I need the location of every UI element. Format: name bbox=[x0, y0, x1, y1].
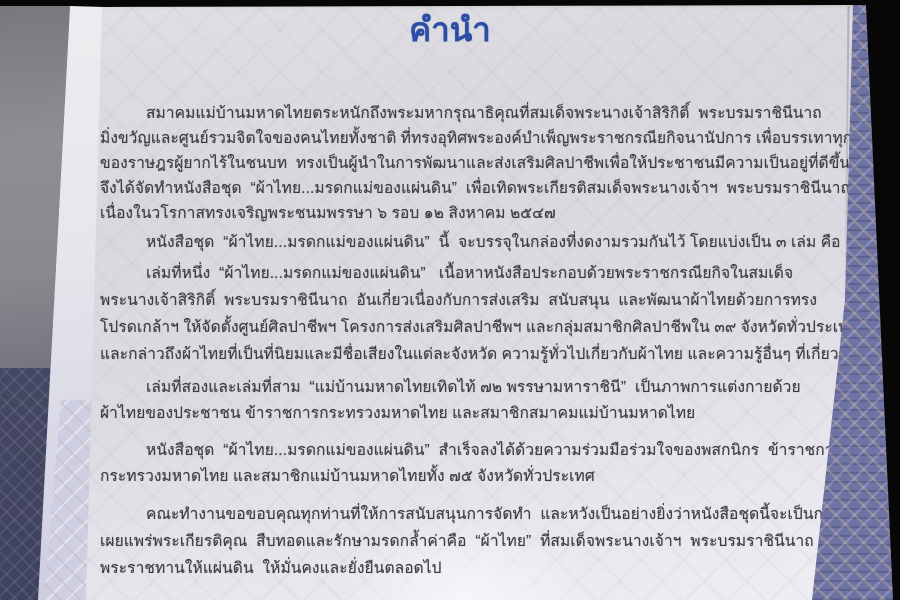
preface-line: พระนางเจ้าสิริกิติ์ พระบรมราชินีนาถ อันเ… bbox=[100, 287, 862, 314]
preface-paragraph: เล่มที่หนึ่ง “ผ้าไทย...มรดกแม่ของแผ่นดิน… bbox=[100, 260, 862, 368]
preface-line: และกล่าวถึงผ้าไทยที่เป็นที่นิยมและมีชื่อ… bbox=[100, 341, 862, 368]
preface-line: มิ่งขวัญและศูนย์รวมจิตใจของคนไทยทั้งชาติ… bbox=[100, 126, 862, 151]
preface-line: หนังสือชุด “ผ้าไทย...มรดกแม่ของแผ่นดิน” … bbox=[100, 438, 862, 464]
book-page-photo: คำนำ สมาคมแม่บ้านมหาดไทยตระหนักถึงพระมหา… bbox=[0, 0, 900, 600]
preface-line: เล่มที่สองและเล่มที่สาม “แม่บ้านมหาดไทยเ… bbox=[100, 375, 862, 401]
preface-paragraph: สมาคมแม่บ้านมหาดไทยตระหนักถึงพระมหากรุณา… bbox=[100, 101, 862, 226]
preface-line: หนังสือชุด “ผ้าไทย...มรดกแม่ของแผ่นดิน” … bbox=[100, 230, 862, 255]
preface-line: จึงได้จัดทำหนังสือชุด “ผ้าไทย...มรดกแม่ข… bbox=[100, 176, 862, 201]
preface-line: เผยแพร่พระเกียรติคุณ สืบทอดและรักษามรดกล… bbox=[100, 528, 862, 555]
preface-line: คณะทำงานขอขอบคุณทุกท่านที่ให้การสนับสนุน… bbox=[100, 501, 862, 528]
preface-line: ของราษฎรผู้ยากไร้ในชนบท ทรงเป็นผู้นำในกา… bbox=[100, 151, 862, 176]
preface-line: สมาคมแม่บ้านมหาดไทยตระหนักถึงพระมหากรุณา… bbox=[100, 101, 862, 126]
preface-paragraph: เล่มที่สองและเล่มที่สาม “แม่บ้านมหาดไทยเ… bbox=[100, 375, 862, 427]
preface-line: ผ้าไทยของประชาชน ข้าราชการกระทรวงมหาดไทย… bbox=[100, 401, 862, 427]
preface-title: คำนำ bbox=[375, 12, 525, 48]
preface-line: เนื่องในวโรกาสทรงเจริญพระชนมพรรษา ๖ รอบ … bbox=[100, 201, 862, 226]
preface-line: กระทรวงมหาดไทย และสมาชิกแม่บ้านมหาดไทยทั… bbox=[100, 464, 862, 490]
preface-paragraph: คณะทำงานขอขอบคุณทุกท่านที่ให้การสนับสนุน… bbox=[100, 501, 862, 582]
preface-line: เล่มที่หนึ่ง “ผ้าไทย...มรดกแม่ของแผ่นดิน… bbox=[100, 260, 862, 287]
preface-line: โปรดเกล้าฯ ให้จัดตั้งศูนย์ศิลปาชีพฯ โครง… bbox=[100, 314, 862, 341]
preface-paragraph: หนังสือชุด “ผ้าไทย...มรดกแม่ของแผ่นดิน” … bbox=[100, 230, 862, 255]
preface-page: คำนำ สมาคมแม่บ้านมหาดไทยตระหนักถึงพระมหา… bbox=[0, 0, 900, 600]
preface-paragraph: หนังสือชุด “ผ้าไทย...มรดกแม่ของแผ่นดิน” … bbox=[100, 438, 862, 490]
preface-line: พระราชทานให้แผ่นดิน ให้มั่นคงและยั่งยืนต… bbox=[100, 555, 862, 582]
